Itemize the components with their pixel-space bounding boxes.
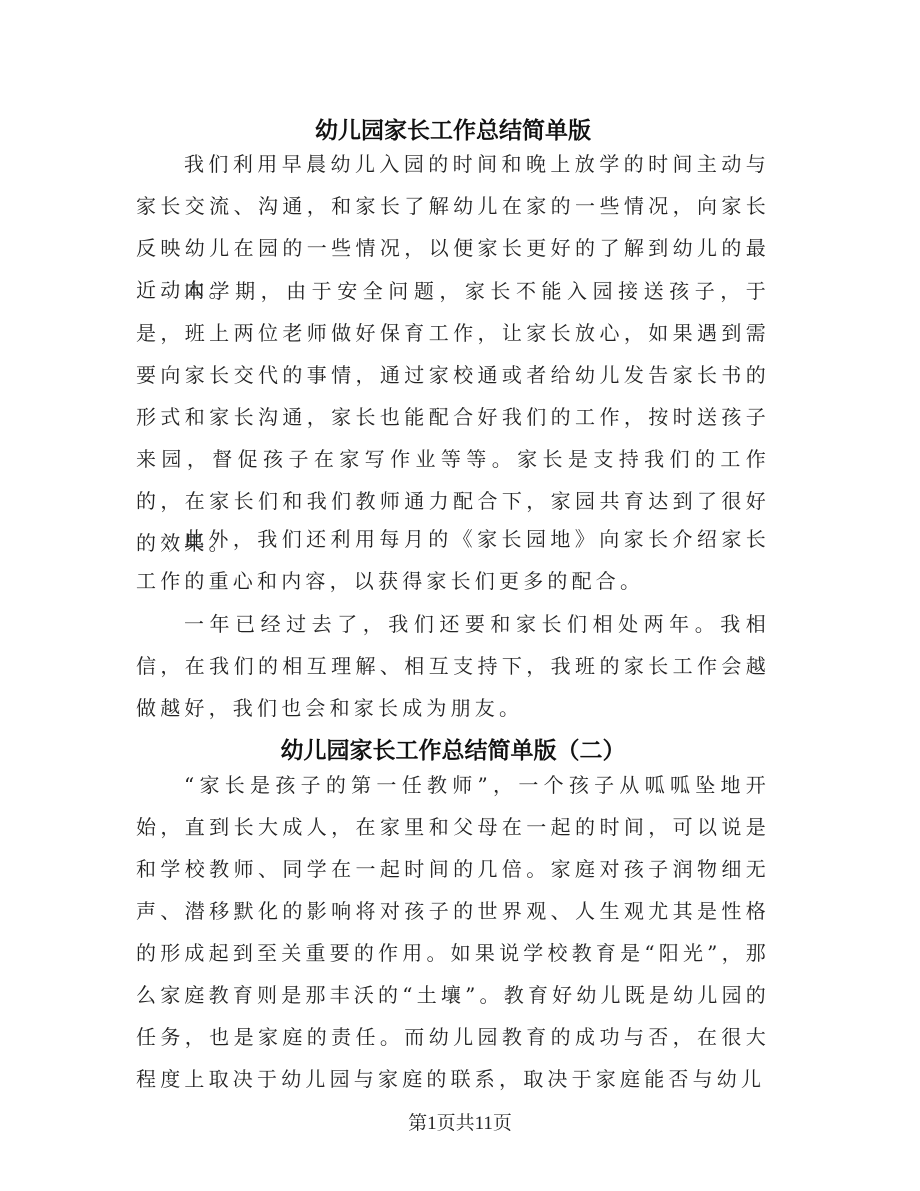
- section-title-2: 幼儿园家长工作总结简单版（二）: [136, 732, 770, 765]
- paragraph-3: 此外，我们还利用每月的《家长园地》向家长介绍家长工作的重心和内容，以获得家长们更…: [136, 518, 770, 602]
- page-indicator: 第1页共11页: [0, 1108, 920, 1135]
- paragraph-5: “家长是孩子的第一任教师”，一个孩子从呱呱坠地开始，直到长大成人，在家里和父母在…: [136, 764, 770, 1100]
- section-title-1: 幼儿园家长工作总结简单版: [136, 112, 770, 145]
- paragraph-4: 一年已经过去了，我们还要和家长们相处两年。我相信，在我们的相互理解、相互支持下，…: [136, 603, 770, 729]
